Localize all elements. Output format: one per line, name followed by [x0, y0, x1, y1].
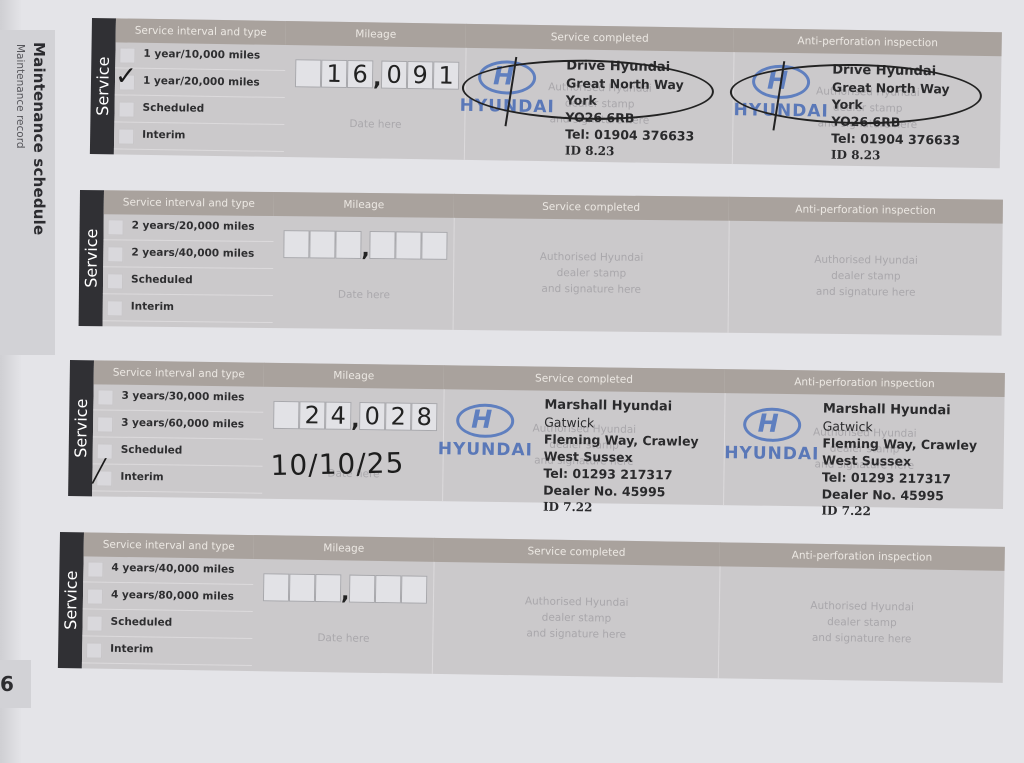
mileage-digit[interactable] [295, 59, 321, 87]
service-grid: Service interval and typeMileageService … [82, 532, 1005, 682]
interval-option[interactable]: 3 years/60,000 miles [93, 411, 263, 439]
header-service-completed: Service completed [454, 194, 730, 221]
stamp-placeholder: Authorised Hyundaidealer stampand signat… [719, 596, 1005, 648]
interval-option[interactable]: 3 years/30,000 miles [93, 384, 263, 412]
service-block: ServiceService interval and typeMileageS… [68, 360, 1005, 509]
mileage-digit[interactable]: 2 [385, 402, 411, 430]
interval-checkbox[interactable] [118, 101, 134, 117]
header-mileage: Mileage [254, 535, 435, 562]
mileage-digit[interactable] [289, 574, 315, 602]
interval-option[interactable]: Scheduled [82, 610, 252, 639]
interval-checkbox[interactable] [97, 389, 113, 405]
date-placeholder: Date here [338, 289, 390, 302]
service-completed-stamp-area[interactable]: Authorised Hyundaidealer stampand signat… [432, 562, 720, 678]
service-grid: Service interval and typeMileageService … [103, 190, 1003, 335]
interval-label: Interim [120, 471, 163, 484]
interval-option[interactable]: 2 years/40,000 miles [103, 241, 273, 269]
interval-label: 1 year/20,000 miles [143, 75, 260, 89]
interval-label: 3 years/30,000 miles [121, 390, 244, 404]
service-grid: Service interval and typeMileageService … [92, 360, 1005, 509]
interval-label: Interim [142, 129, 185, 142]
header-type: Service interval and type [84, 532, 255, 559]
header-mileage: Mileage [286, 21, 467, 48]
service-block: ServiceService interval and typeMileageS… [90, 18, 1002, 168]
service-grid: Service interval and typeMileageService … [114, 18, 1002, 168]
interval-checkbox[interactable] [97, 443, 113, 459]
interval-checkbox[interactable] [86, 642, 102, 658]
header-anti-perforation: Anti-perforation inspection [728, 197, 1003, 224]
date-placeholder: Date here [349, 118, 401, 131]
mileage-digit[interactable] [335, 231, 361, 259]
interval-option[interactable]: 4 years/80,000 miles [83, 583, 253, 612]
mileage-digit[interactable]: 1 [433, 61, 459, 89]
mileage-field[interactable]: , [273, 216, 454, 274]
mileage-field[interactable]: 16091, [285, 45, 466, 104]
interval-option[interactable]: Interim [82, 637, 252, 666]
mileage-digit[interactable]: 4 [325, 402, 351, 430]
mileage-digit[interactable] [375, 575, 401, 603]
mileage-digit[interactable]: 0 [359, 402, 385, 430]
interval-checkbox[interactable] [108, 219, 124, 235]
mileage-digit[interactable] [283, 230, 309, 258]
header-type: Service interval and type [116, 18, 287, 45]
interval-label: Scheduled [143, 102, 205, 115]
interval-checkbox[interactable] [87, 561, 103, 577]
service-label: Service [90, 18, 116, 154]
hyundai-logo-icon: H HYUNDAI [724, 407, 825, 478]
mileage-field[interactable]: 24028, [263, 387, 444, 446]
interval-checkbox[interactable] [87, 588, 103, 604]
service-block: ServiceService interval and typeMileageS… [79, 190, 1003, 336]
interval-checkbox[interactable] [97, 416, 113, 432]
interval-label: 2 years/20,000 miles [132, 220, 255, 233]
interval-label: Scheduled [121, 444, 183, 457]
mileage-comma: , [351, 408, 360, 433]
interval-option[interactable]: Interim [114, 123, 284, 152]
mileage-digit[interactable] [315, 574, 341, 602]
page-number: 6 [0, 672, 14, 696]
mileage-digit[interactable]: 6 [347, 60, 373, 88]
interval-label: Scheduled [131, 274, 193, 287]
section-title: Maintenance schedule [30, 42, 48, 235]
stamp-placeholder: Authorised Hyundaidealer stampand signat… [728, 251, 1003, 302]
mileage-digit[interactable]: 0 [381, 61, 407, 89]
section-subtitle: Maintenance record [14, 44, 26, 149]
check-mark-icon: ✓ [115, 61, 137, 91]
interval-checkbox[interactable] [118, 128, 134, 144]
mileage-digit[interactable] [395, 231, 421, 259]
interval-label: Interim [110, 643, 153, 656]
interval-label: 2 years/40,000 miles [131, 247, 254, 260]
dealer-stamp: Marshall HyundaiGatwickFleming Way, Craw… [821, 401, 977, 522]
interval-checkbox[interactable] [107, 246, 123, 262]
interval-label: 1 year/10,000 miles [143, 48, 260, 62]
interval-option[interactable]: 4 years/40,000 miles [83, 556, 253, 585]
mileage-digit[interactable] [273, 401, 299, 429]
interval-option[interactable]: 1 year/20,000 miles✓ [115, 69, 285, 98]
mileage-digit[interactable] [309, 230, 335, 258]
mileage-digit[interactable]: 9 [407, 61, 433, 89]
interval-option[interactable]: 2 years/20,000 miles [103, 214, 273, 242]
interval-label: 4 years/40,000 miles [111, 562, 234, 576]
header-mileage: Mileage [274, 192, 455, 218]
mileage-digit[interactable]: 8 [411, 403, 437, 431]
service-completed-stamp-area[interactable]: Authorised Hyundaidealer stampand signat… [442, 389, 725, 505]
interval-option[interactable]: Scheduled [103, 268, 273, 296]
mileage-digit[interactable]: 2 [299, 401, 325, 429]
service-label: Service [58, 532, 84, 668]
mileage-digit[interactable] [349, 575, 375, 603]
anti-perforation-stamp-area[interactable]: Authorised Hyundaidealer stampand signat… [727, 221, 1004, 336]
mileage-comma: , [373, 66, 382, 91]
mileage-digit[interactable] [369, 231, 395, 259]
mileage-comma: , [361, 237, 370, 262]
service-date[interactable]: 10/10/25 [270, 446, 404, 482]
header-type: Service interval and type [94, 360, 265, 386]
mileage-comma: , [341, 580, 350, 605]
anti-perforation-stamp-area[interactable]: Authorised Hyundaidealer stampand signat… [732, 52, 1003, 168]
interval-label: Scheduled [111, 616, 173, 629]
service-completed-stamp-area[interactable]: Authorised Hyundaidealer stampand signat… [464, 48, 735, 164]
service-block: ServiceService interval and typeMileageS… [58, 532, 1005, 683]
date-placeholder: Date here [317, 632, 369, 645]
interval-option[interactable]: Scheduled [114, 96, 284, 125]
header-mileage: Mileage [264, 363, 445, 390]
mileage-digit[interactable]: 1 [321, 60, 347, 88]
check-mark-icon: ╱ [92, 459, 106, 484]
mileage-digit[interactable] [421, 232, 447, 260]
hyundai-logo-icon: H HYUNDAI [437, 403, 538, 474]
anti-perforation-stamp-area[interactable]: Authorised Hyundaidealer stampand signat… [723, 393, 1006, 509]
stamp-placeholder: Authorised Hyundaidealer stampand signat… [454, 248, 729, 299]
header-type: Service interval and type [104, 190, 275, 216]
interval-option[interactable]: Interim╱ [92, 465, 262, 493]
mileage-digit[interactable] [263, 573, 289, 601]
service-label: Service [68, 360, 94, 496]
mileage-field[interactable]: , [253, 559, 434, 618]
service-completed-stamp-area[interactable]: Authorised Hyundaidealer stampand signat… [453, 218, 730, 333]
interval-option[interactable]: Interim [103, 295, 273, 323]
interval-option[interactable]: Scheduled [93, 438, 263, 466]
interval-checkbox[interactable] [107, 300, 123, 316]
mileage-digit[interactable] [401, 575, 427, 603]
service-label: Service [79, 190, 104, 326]
anti-perforation-stamp-area[interactable]: Authorised Hyundaidealer stampand signat… [717, 566, 1005, 682]
interval-option[interactable]: 1 year/10,000 miles [115, 42, 285, 71]
dealer-stamp: Marshall HyundaiGatwickFleming Way, Craw… [543, 397, 699, 518]
interval-label: 4 years/80,000 miles [111, 589, 234, 603]
stamp-placeholder: Authorised Hyundaidealer stampand signat… [433, 592, 719, 644]
interval-checkbox[interactable] [86, 615, 102, 631]
interval-label: 3 years/60,000 miles [121, 417, 244, 431]
interval-label: Interim [131, 301, 174, 313]
interval-checkbox[interactable] [107, 273, 123, 289]
